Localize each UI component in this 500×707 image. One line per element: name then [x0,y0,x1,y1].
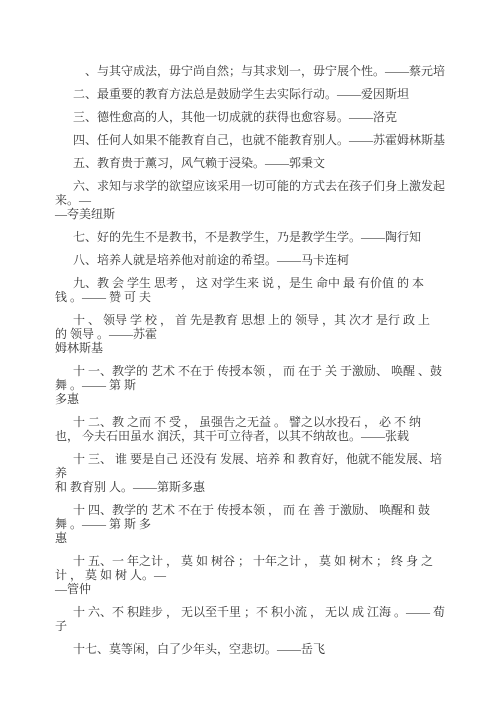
quote-item: 十 一、教学的 艺术 不在于 传授本领 ， 而 在于 关 于激励、 唤醒 、鼓 … [55,364,445,406]
quote-item: 十七、莫等闲，白了少年头，空悲切。——岳飞 [55,642,445,656]
quote-item: 五、教育贵于薰习，风气赖于浸染。——郭秉文 [55,156,445,170]
quote-line: —管仲 [55,582,445,596]
quote-item: 十 、 领导 学 校 ， 首 先是教育 思想 上的 领导 ，其 次才 是行 政 … [55,313,445,355]
quote-line: 六、求知与求学的欲望应该采用一切可能的方式去在孩子们身上激发起来。— [55,179,445,207]
quote-line: 七、好的先生不是教书，不是教学生，乃是教学生学。——陶行知 [55,230,445,244]
quote-item: 六、求知与求学的欲望应该采用一切可能的方式去在孩子们身上激发起来。— —夸美纽斯 [55,179,445,221]
quote-line: 的 领导 。——苏霍 [55,327,445,341]
quote-line: 十 、 领导 学 校 ， 首 先是教育 思想 上的 领导 ，其 次才 是行 政 … [55,313,445,327]
quote-line: 钱 。—— 赞 可 夫 [55,290,445,304]
quote-line: 十 一、教学的 艺术 不在于 传授本领 ， 而 在于 关 于激励、 唤醒 、鼓 [55,364,445,378]
quote-line: —夸美纽斯 [55,207,445,221]
quote-line: 十 五、一 年之计 ， 莫 如 树谷 ； 十年之计 ， 莫 如 树木 ； 终 身… [55,554,445,568]
quote-line: 姆林斯基 [55,341,445,355]
quote-item: 九、教 会 学生 思考 ， 这 对学生来 说 ，是生 命中 最 有价值 的 本 … [55,276,445,304]
quote-line: 子 [55,619,445,633]
quote-line: 五、教育贵于薰习，风气赖于浸染。——郭秉文 [55,156,445,170]
quote-line: 二、最重要的教育方法总是鼓励学生去实际行动。——爱因斯坦 [55,87,445,101]
quote-item: 十 五、一 年之计 ， 莫 如 树谷 ； 十年之计 ， 莫 如 树木 ； 终 身… [55,554,445,596]
quote-item: 十 四、教学的 艺术 不在于 传授本领 ， 而 在 善 于激励、 唤醒和 鼓 舞… [55,503,445,545]
quote-item: 十 六、不 积跬步 ， 无以至千里 ；不 积小流 ， 无以 成 江海 。—— 荀… [55,605,445,633]
quote-line: 也， 今夫石田虽水 润沃，其干可立待者，以其不纳故也。——张载 [55,429,445,443]
quote-item: 三、德性愈高的人，其他一切成就的获得也愈容易。——洛克 [55,110,445,124]
quote-line: 和 教育别 人。——第斯多惠 [55,480,445,494]
document-page: 、与其守成法，毋宁尚自然；与其求划一，毋宁展个性。——蔡元培 二、最重要的教育方… [0,0,500,707]
quote-line: 十 六、不 积跬步 ， 无以至千里 ；不 积小流 ， 无以 成 江海 。—— 荀 [55,605,445,619]
quote-line: 多惠 [55,392,445,406]
quote-line: 舞 。—— 第 斯 多 [55,517,445,531]
quote-item: 十 三、 谁 要是自己 还没有 发展、培养 和 教育好，他就不能发展、培养 和 … [55,452,445,494]
quote-line: 惠 [55,531,445,545]
quote-line: 八、培养人就是培养他对前途的希望。——马卡连柯 [55,253,445,267]
quote-line: 四、任何人如果不能教育自己，也就不能教育别人。——苏霍姆林斯基 [55,133,445,147]
quote-item: 十 二、教 之而 不 受 ， 虽强告之无益 。 譬之以水投石 ， 必 不 纳 也… [55,415,445,443]
quote-line: 、与其守成法，毋宁尚自然；与其求划一，毋宁展个性。——蔡元培 [55,64,445,78]
quote-item: 、与其守成法，毋宁尚自然；与其求划一，毋宁展个性。——蔡元培 [55,64,445,78]
quote-item: 七、好的先生不是教书，不是教学生，乃是教学生学。——陶行知 [55,230,445,244]
quote-item: 二、最重要的教育方法总是鼓励学生去实际行动。——爱因斯坦 [55,87,445,101]
quote-line: 计 ， 莫 如 树 人。— [55,568,445,582]
quote-line: 九、教 会 学生 思考 ， 这 对学生来 说 ，是生 命中 最 有价值 的 本 [55,276,445,290]
quote-line: 十 三、 谁 要是自己 还没有 发展、培养 和 教育好，他就不能发展、培养 [55,452,445,480]
quote-line: 三、德性愈高的人，其他一切成就的获得也愈容易。——洛克 [55,110,445,124]
quote-item: 八、培养人就是培养他对前途的希望。——马卡连柯 [55,253,445,267]
quote-line: 十七、莫等闲，白了少年头，空悲切。——岳飞 [55,642,445,656]
quote-item: 四、任何人如果不能教育自己，也就不能教育别人。——苏霍姆林斯基 [55,133,445,147]
quote-line: 十 四、教学的 艺术 不在于 传授本领 ， 而 在 善 于激励、 唤醒和 鼓 [55,503,445,517]
quote-line: 舞 。—— 第 斯 [55,378,445,392]
quote-line: 十 二、教 之而 不 受 ， 虽强告之无益 。 譬之以水投石 ， 必 不 纳 [55,415,445,429]
